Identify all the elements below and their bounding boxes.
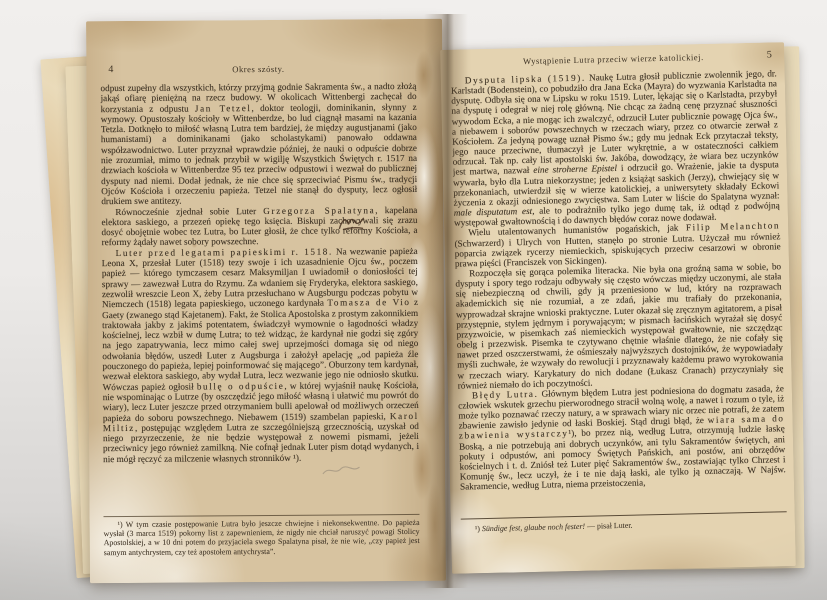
page-number: 4	[108, 64, 114, 75]
paragraph: ¹) W tym czasie postępowanie Lutra było …	[104, 518, 420, 557]
page-number: 5	[767, 49, 773, 60]
page-body: Dysputa lipska (1519). Naukę Lutra głosi…	[451, 68, 786, 495]
pencil-scribble-mark	[321, 463, 361, 477]
paragraph: odpust zupełny dla wszystkich, którzy pr…	[100, 81, 417, 207]
running-title: Wystąpienie Lutra przeciw wierze katolic…	[523, 52, 704, 66]
book-page-left: 4 Okres szósty. odpust zupełny dla wszys…	[86, 19, 446, 583]
page-body: odpust zupełny dla wszystkich, którzy pr…	[100, 81, 419, 483]
paragraph: Rozpoczęła się gorąca polemika literacka…	[455, 261, 784, 390]
book-page-right: Wystąpienie Lutra przeciw wierze katolic…	[440, 42, 796, 574]
footnote: ¹) W tym czasie postępowanie Lutra było …	[103, 514, 419, 557]
paragraph: Równocześnie zjednał sobie Luter Grzegor…	[101, 205, 417, 248]
paragraph: Dysputa lipska (1519). Naukę Lutra głosi…	[451, 68, 780, 228]
paragraph: ¹) Sündige fest, glaube noch fester! — p…	[461, 517, 787, 534]
photo-background: 4 Okres szósty. odpust zupełny dla wszys…	[0, 0, 827, 600]
paragraph: Błędy Lutra. Głównym błędem Lutra jest p…	[458, 383, 786, 492]
running-title: Okres szósty.	[232, 64, 284, 74]
paragraph: Luter przed legatami papieskimi r. 1518.…	[102, 246, 420, 464]
page-header: 4 Okres szósty.	[100, 63, 416, 75]
handwritten-ink-mark	[337, 215, 365, 231]
page-header: Wystąpienie Lutra przeciw wierze katolic…	[450, 50, 776, 67]
footnote: ¹) Sündige fest, glaube noch fester! — p…	[461, 511, 787, 534]
